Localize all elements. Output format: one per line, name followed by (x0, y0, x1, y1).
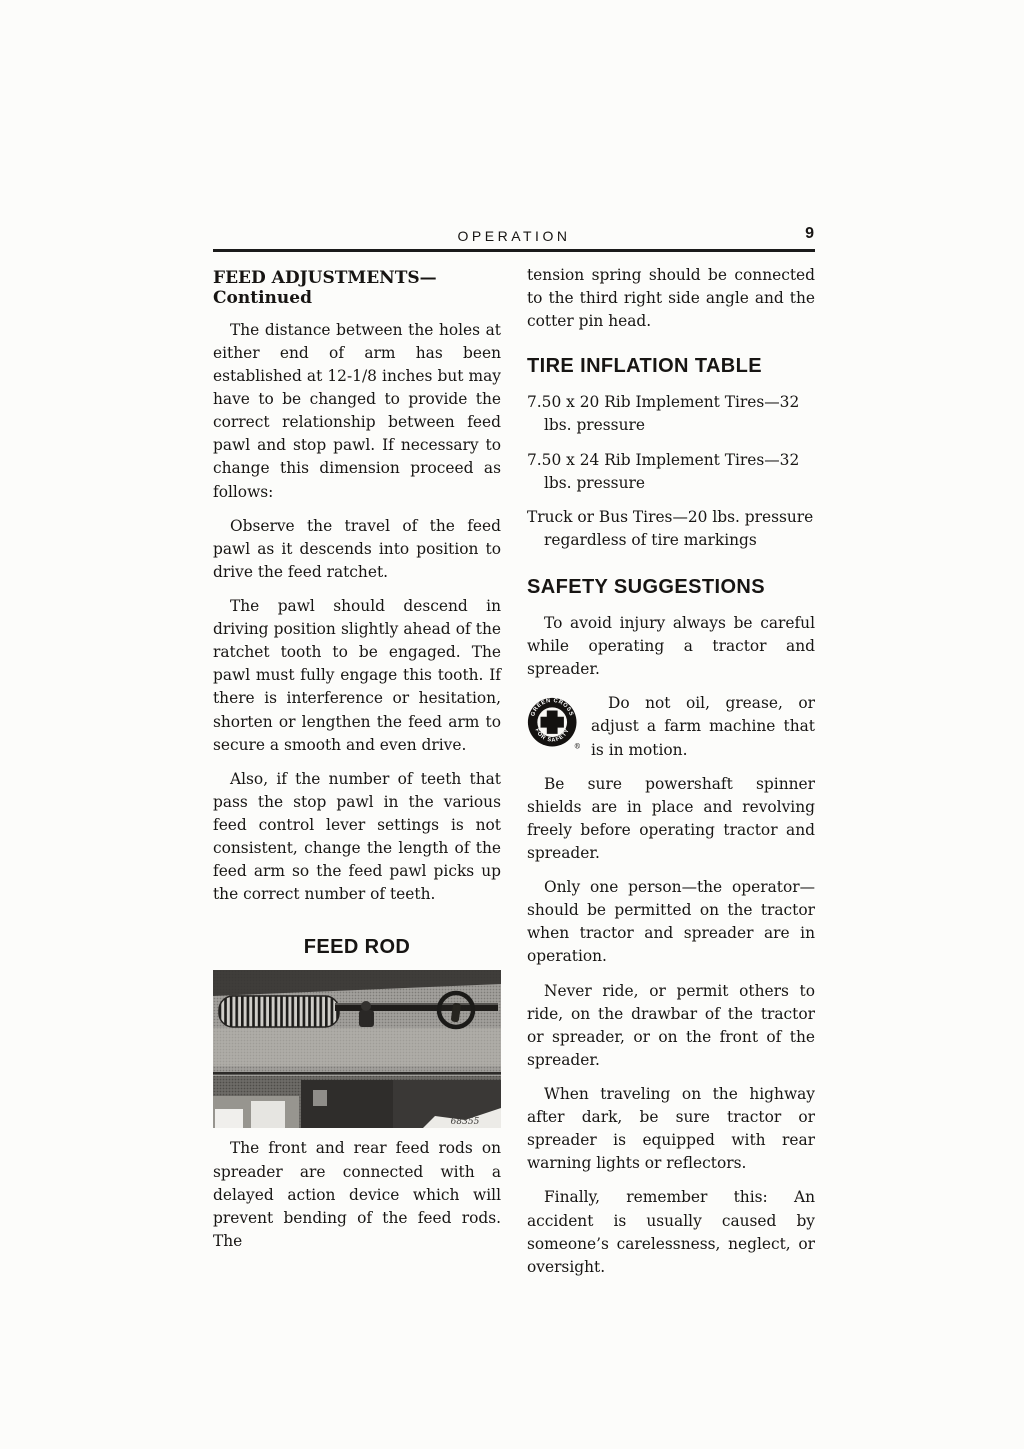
paragraph: Be sure powershaft spinner shields are i… (527, 773, 815, 865)
paragraph: Also, if the number of teeth that pass t… (213, 768, 501, 907)
page-number: 9 (805, 225, 814, 243)
section-heading-feed-adjustments: FEED ADJUSTMENTS— Continued (213, 268, 501, 309)
manual-page: OPERATION 9 FEED ADJUSTMENTS— Continued … (213, 228, 815, 1290)
safety-logo-paragraph: GREEN CROSS FOR SAFETY ® Do not oil, gre… (527, 692, 815, 761)
tire-entry: 7.50 x 24 Rib Implement Tires—32 lbs. pr… (527, 449, 815, 495)
section-heading-line1: FEED ADJUSTMENTS— (213, 268, 437, 288)
tire-inflation-heading: TIRE INFLATION TABLE (527, 351, 815, 381)
right-column: tension spring should be connected to th… (527, 264, 815, 1290)
running-header: OPERATION 9 (213, 228, 815, 252)
paragraph: Finally, remember this: An accident is u… (527, 1186, 815, 1278)
tire-entry: Truck or Bus Tires—20 lbs. pressure rega… (527, 506, 815, 552)
paragraph: The pawl should descend in driving posit… (213, 595, 501, 757)
paragraph: Observe the travel of the feed pawl as i… (213, 515, 501, 584)
tire-entry: 7.50 x 20 Rib Implement Tires—32 lbs. pr… (527, 391, 815, 437)
green-cross-for-safety-icon: GREEN CROSS FOR SAFETY ® (527, 695, 581, 753)
paragraph: The front and rear feed rods on spreader… (213, 1137, 501, 1253)
feed-rod-photo: 68355 (213, 970, 501, 1128)
paragraph: Never ride, or permit others to ride, on… (527, 980, 815, 1072)
paragraph: Only one person—the operator—should be p… (527, 876, 815, 968)
paragraph: To avoid injury always be careful while … (527, 612, 815, 681)
feed-rod-heading: FEED ROD (213, 932, 501, 962)
left-column: FEED ADJUSTMENTS— Continued The distance… (213, 264, 501, 1290)
two-column-body: FEED ADJUSTMENTS— Continued The distance… (213, 264, 815, 1290)
paragraph: When traveling on the highway after dark… (527, 1083, 815, 1175)
safety-suggestions-heading: SAFETY SUGGESTIONS (527, 572, 815, 602)
paragraph: tension spring should be connected to th… (527, 264, 815, 333)
figure-number: 68355 (451, 1117, 480, 1127)
registered-mark: ® (574, 742, 581, 751)
section-heading-line2: Continued (213, 288, 312, 308)
paragraph: The distance between the holes at either… (213, 319, 501, 504)
page-title: OPERATION (458, 228, 571, 244)
